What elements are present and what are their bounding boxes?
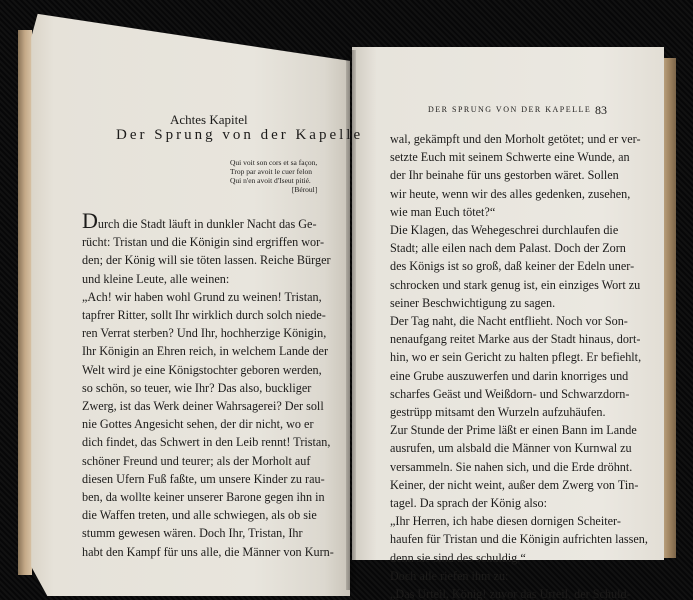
text-line: wie man Euch tötet?“: [390, 203, 614, 221]
text-line: ben, da wollte keiner unserer Barone geg…: [82, 488, 330, 506]
text-line: Doch alle riefen ihm zu:: [390, 567, 614, 585]
text-line: dich findet, das Schwert in den Leib ren…: [82, 433, 330, 451]
text-line: stumm gewesen wären. Doch Ihr, Tristan, …: [82, 524, 330, 542]
text-line: Stadt; alle eilen nach dem Palast. Doch …: [390, 239, 614, 257]
text-line: tapfrer Ritter, sollt Ihr wirklich durch…: [82, 306, 330, 324]
text-line: nenaufgang reitet Marke aus der Stadt hi…: [390, 330, 614, 348]
text-line: diesen Ufern Fuß faßte, um unsere Kinder…: [82, 470, 330, 488]
drop-cap: D: [82, 208, 98, 233]
text-line: Der Tag naht, die Nacht entflieht. Noch …: [390, 312, 614, 330]
text-line: haufen für Tristan und die Königin aufri…: [390, 530, 614, 548]
text-line: wal, gekämpft und den Morholt getötet; u…: [390, 130, 614, 148]
text-line: ren Verrat sterben? Und Ihr, hochherzige…: [82, 324, 330, 342]
text-line: tagel. Da sprach der König also:: [390, 494, 614, 512]
text-line: der Ihr beinahe für uns gestorben wäret.…: [390, 166, 614, 184]
text-line: Durch die Stadt läuft in dunkler Nacht d…: [82, 213, 330, 233]
epigraph: Qui voit son cors et sa façon, Trop par …: [230, 158, 317, 194]
text-line: Zwerg, ist das Werk deiner Wahrsagerei? …: [82, 397, 330, 415]
text-line: Die Klagen, das Wehegeschrei durchlaufen…: [390, 221, 614, 239]
text-line: die Waffen treten, und alle schwiegen, a…: [82, 506, 330, 524]
text-line: seiner Beschwichtigung zu sagen.: [390, 294, 614, 312]
text-line: schöner Freund und teurer; als der Morho…: [82, 452, 330, 470]
text-line: den; der König will sie töten lassen. Re…: [82, 251, 330, 269]
text-line: denn sie sind des schuldig.“: [390, 549, 614, 567]
text-line: versammeln. Sie nahen sich, und die Erde…: [390, 458, 614, 476]
text-line: setzte Euch mit seinem Schwerte eine Wun…: [390, 148, 614, 166]
left-page-body: Durch die Stadt läuft in dunkler Nacht d…: [82, 213, 330, 561]
text-line: ausrufen, um alsbald die Männer von Kurn…: [390, 439, 614, 457]
right-page-body: wal, gekämpft und den Morholt getötet; u…: [390, 130, 614, 600]
text-line: wir heute, wenn wir des alles gedenken, …: [390, 185, 614, 203]
text-line: „Ihr Herren, ich habe diesen dornigen Sc…: [390, 512, 614, 530]
text-line: eine Grube auszuwerfen und darin knorrig…: [390, 367, 614, 385]
chapter-number: Achtes Kapitel: [170, 112, 248, 128]
left-page-edges: [18, 30, 32, 575]
text-line: „Ach! wir haben wohl Grund zu weinen! Tr…: [82, 288, 330, 306]
text-line: Ihr Königin an Ehren reich, in welchem L…: [82, 342, 330, 360]
text-line: Welt wird je eine Königstochter geboren …: [82, 361, 330, 379]
text-line: scharfes Geäst und Weißdorn- und Schwarz…: [390, 385, 614, 403]
text-line: Zur Stunde der Prime läßt er einen Bann …: [390, 421, 614, 439]
epigraph-line: Qui voit son cors et sa façon,: [230, 158, 317, 167]
text-line: hin, wo er sein Gericht zu halten pflegt…: [390, 348, 614, 366]
text-line: des Königs ist so groß, daß keiner der E…: [390, 257, 614, 275]
text-line: so schön, so teuer, wie Ihr? Das also, b…: [82, 379, 330, 397]
text-line: gestrüpp mitsamt den Wurzeln aufzuhäufen…: [390, 403, 614, 421]
text-line: „Das Urteil, König! zuvor das Urteil, de…: [390, 585, 614, 600]
text-line: schrocken und stark genug ist, ein einzi…: [390, 276, 614, 294]
text-line: Keiner, der nicht weint, außer dem Zwerg…: [390, 476, 614, 494]
running-head: DER SPRUNG VON DER KAPELLE: [428, 105, 591, 114]
text-line-rest: urch die Stadt läuft in dunkler Nacht da…: [98, 217, 317, 231]
epigraph-line: Trop par avoit le cuer felon: [230, 167, 317, 176]
text-line: nie Gottes Angesicht sehen, der dir nich…: [82, 415, 330, 433]
text-line: habt den Kampf für uns alle, die Männer …: [82, 543, 330, 561]
chapter-title: Der Sprung von der Kapelle: [116, 127, 363, 144]
text-line: rücht: Tristan und die Königin sind ergr…: [82, 233, 330, 251]
text-line: und kleine Leute, alle weinen:: [82, 270, 330, 288]
epigraph-line: Qui n'en avoit d'Iseut pitié.: [230, 176, 317, 185]
epigraph-source: [Béroul]: [230, 185, 317, 194]
page-number: 83: [595, 103, 607, 118]
